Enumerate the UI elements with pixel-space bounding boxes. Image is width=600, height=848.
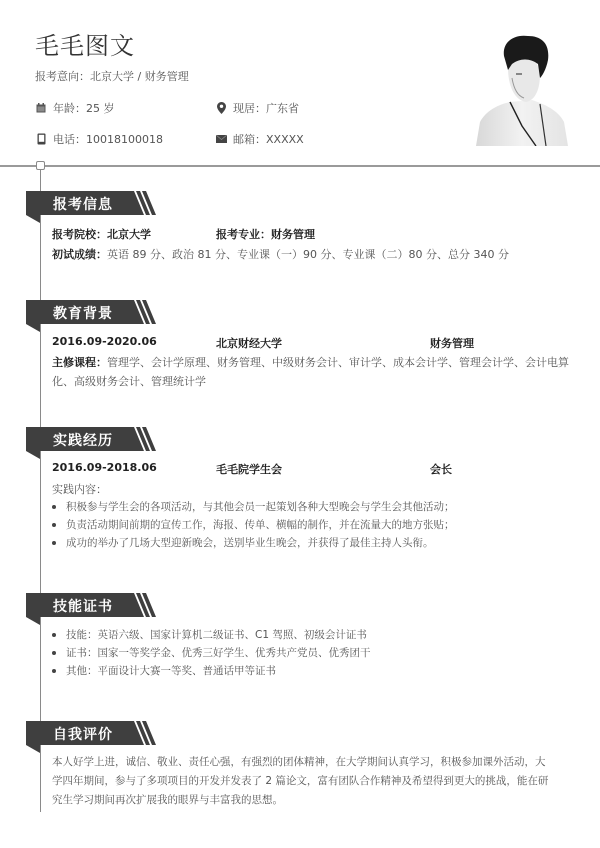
exam-school: 报考院校：北京大学	[52, 226, 151, 242]
resume-name: 毛毛图文	[35, 26, 135, 61]
profile-photo	[470, 30, 572, 146]
section-header-skills: 技能证书	[26, 593, 166, 621]
bullet-icon	[52, 505, 56, 509]
exam-scores: 初试成绩：英语 89 分、政治 81 分、专业课（一）90 分、专业课（二）80…	[52, 246, 509, 262]
list-item: 其他：平面设计大赛一等奖、普通话甲等证书	[52, 662, 371, 680]
application-intent: 报考意向：北京大学 / 财务管理	[35, 68, 189, 84]
location-info: 现居：广东省	[215, 100, 299, 116]
intent-value: 北京大学 / 财务管理	[90, 70, 189, 83]
section-title: 自我评价	[53, 724, 113, 744]
self-evaluation-text: 本人好学上进，诚信、敬业、责任心强，有强烈的团体精神，在大学期间认真学习，积极参…	[52, 753, 577, 810]
location-text: 现居：广东省	[233, 100, 299, 116]
email-text: 邮箱：XXXXX	[233, 131, 304, 147]
section-title: 实践经历	[53, 430, 113, 450]
list-item: 积极参与学生会的各项活动，与其他会员一起策划各种大型晚会与学生会其他活动；	[52, 498, 455, 516]
phone-info: 电话：10018100018	[35, 131, 163, 147]
intent-label: 报考意向：	[35, 70, 90, 83]
practice-content-label: 实践内容：	[52, 481, 107, 497]
phone-text: 电话：10018100018	[53, 131, 163, 147]
section-header-self: 自我评价	[26, 721, 166, 749]
section-header-exam: 报考信息	[26, 191, 166, 219]
age-text: 年龄：25 岁	[53, 100, 115, 116]
education-courses-line1: 主修课程：管理学、会计学原理、财务管理、中级财务会计、审计学、成本会计学、管理会…	[52, 354, 569, 370]
header-divider	[0, 165, 600, 167]
practice-org: 毛毛院学生会	[216, 461, 282, 477]
section-header-education: 教育背景	[26, 300, 166, 328]
education-school: 北京财经大学	[216, 335, 282, 351]
envelope-icon	[215, 133, 227, 145]
skills-list: 技能：英语六级、国家计算机二级证书、C1 驾照、初级会计证书 证书：国家一等奖学…	[52, 626, 371, 680]
practice-period: 2016.09-2018.06	[52, 461, 157, 474]
calendar-icon	[35, 102, 47, 114]
bullet-icon	[52, 651, 56, 655]
email-info: 邮箱：XXXXX	[215, 131, 304, 147]
list-item: 成功的举办了几场大型迎新晚会，送别毕业生晚会，并获得了最佳主持人头衔。	[52, 534, 455, 552]
map-pin-icon	[215, 102, 227, 114]
list-item: 证书：国家一等奖学金、优秀三好学生、优秀共产党员、优秀团干	[52, 644, 371, 662]
bullet-icon	[52, 669, 56, 673]
list-item: 技能：英语六级、国家计算机二级证书、C1 驾照、初级会计证书	[52, 626, 371, 644]
exam-major: 报考专业：财务管理	[216, 226, 315, 242]
education-major: 财务管理	[430, 335, 474, 351]
education-period: 2016.09-2020.06	[52, 335, 157, 348]
list-item: 负责活动期间前期的宣传工作，海报、传单、横幅的制作，并在流量大的地方张贴；	[52, 516, 455, 534]
phone-icon	[35, 133, 47, 145]
section-title: 报考信息	[53, 194, 113, 214]
bullet-icon	[52, 523, 56, 527]
age-info: 年龄：25 岁	[35, 100, 115, 116]
practice-list: 积极参与学生会的各项活动，与其他会员一起策划各种大型晚会与学生会其他活动； 负责…	[52, 498, 455, 552]
section-title: 技能证书	[53, 596, 113, 616]
education-courses-line2: 化、高级财务会计、管理统计学	[52, 373, 206, 389]
section-title: 教育背景	[53, 303, 113, 323]
practice-role: 会长	[430, 461, 452, 477]
bullet-icon	[52, 633, 56, 637]
timeline-line	[40, 165, 41, 812]
bullet-icon	[52, 541, 56, 545]
timeline-node	[36, 161, 45, 170]
section-header-practice: 实践经历	[26, 427, 166, 455]
